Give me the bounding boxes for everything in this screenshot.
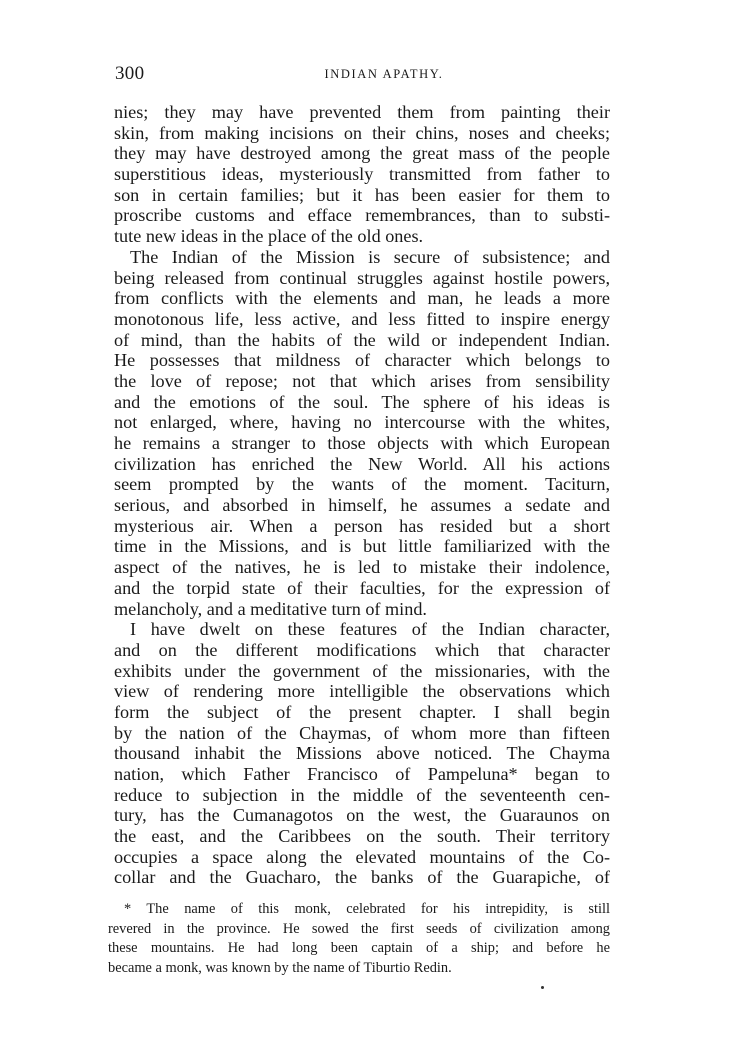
page-header: 300 INDIAN APATHY.	[115, 63, 615, 87]
footnote-line: * The name of this monk, celebrated for …	[108, 900, 610, 920]
text-line: collar and the Guacharo, the banks of th…	[114, 867, 610, 888]
text-line: occupies a space along the elevated moun…	[114, 847, 610, 868]
ink-speck	[541, 986, 544, 989]
text-line: time in the Missions, and is but little …	[114, 536, 610, 557]
text-line: The Indian of the Mission is secure of s…	[114, 247, 610, 268]
text-line: superstitious ideas, mysteriously transm…	[114, 164, 610, 185]
text-line: nies; they may have prevented them from …	[114, 102, 610, 123]
text-line: I have dwelt on these features of the In…	[114, 619, 610, 640]
text-line: they may have destroyed among the great …	[114, 143, 610, 164]
text-line: thousand inhabit the Missions above noti…	[114, 743, 610, 764]
text-line: exhibits under the government of the mis…	[114, 661, 610, 682]
running-title: INDIAN APATHY.	[115, 67, 615, 82]
text-line: reduce to subjection in the middle of th…	[114, 785, 610, 806]
text-line: tute new ideas in the place of the old o…	[114, 226, 610, 247]
text-line: He possesses that mildness of character …	[114, 350, 610, 371]
text-line: melancholy, and a meditative turn of min…	[114, 599, 610, 620]
text-line: by the nation of the Chaymas, of whom mo…	[114, 723, 610, 744]
text-line: civilization has enriched the New World.…	[114, 454, 610, 475]
text-line: mysterious air. When a person has reside…	[114, 516, 610, 537]
footnote-line: these mountains. He had long been captai…	[108, 939, 610, 959]
text-line: the east, and the Caribbees on the south…	[114, 826, 610, 847]
footnote-line: revered in the province. He sowed the fi…	[108, 920, 610, 940]
text-line: tury, has the Cumanagotos on the west, t…	[114, 805, 610, 826]
footnote: * The name of this monk, celebrated for …	[108, 900, 610, 978]
book-page: 300 INDIAN APATHY. nies; they may have p…	[0, 0, 750, 1050]
text-line: of mind, than the habits of the wild or …	[114, 330, 610, 351]
text-line: skin, from making incisions on their chi…	[114, 123, 610, 144]
text-line: the love of repose; not that which arise…	[114, 371, 610, 392]
text-line: he remains a stranger to those objects w…	[114, 433, 610, 454]
text-line: not enlarged, where, having no intercour…	[114, 412, 610, 433]
footnote-line: became a monk, was known by the name of …	[108, 959, 610, 979]
text-line: view of rendering more intelligible the …	[114, 681, 610, 702]
text-line: and the torpid state of their faculties,…	[114, 578, 610, 599]
text-line: being released from continual struggles …	[114, 268, 610, 289]
text-line: nation, which Father Francisco of Pampel…	[114, 764, 610, 785]
text-line: and the emotions of the soul. The sphere…	[114, 392, 610, 413]
text-line: from conflicts with the elements and man…	[114, 288, 610, 309]
text-line: proscribe customs and efface remembrance…	[114, 205, 610, 226]
text-line: son in certain families; but it has been…	[114, 185, 610, 206]
text-line: form the subject of the present chapter.…	[114, 702, 610, 723]
text-line: serious, and absorbed in himself, he ass…	[114, 495, 610, 516]
text-line: and on the different modifications which…	[114, 640, 610, 661]
text-line: seem prompted by the wants of the moment…	[114, 474, 610, 495]
text-line: monotonous life, less active, and less f…	[114, 309, 610, 330]
body-text: nies; they may have prevented them from …	[114, 102, 610, 888]
text-line: aspect of the natives, he is led to mist…	[114, 557, 610, 578]
